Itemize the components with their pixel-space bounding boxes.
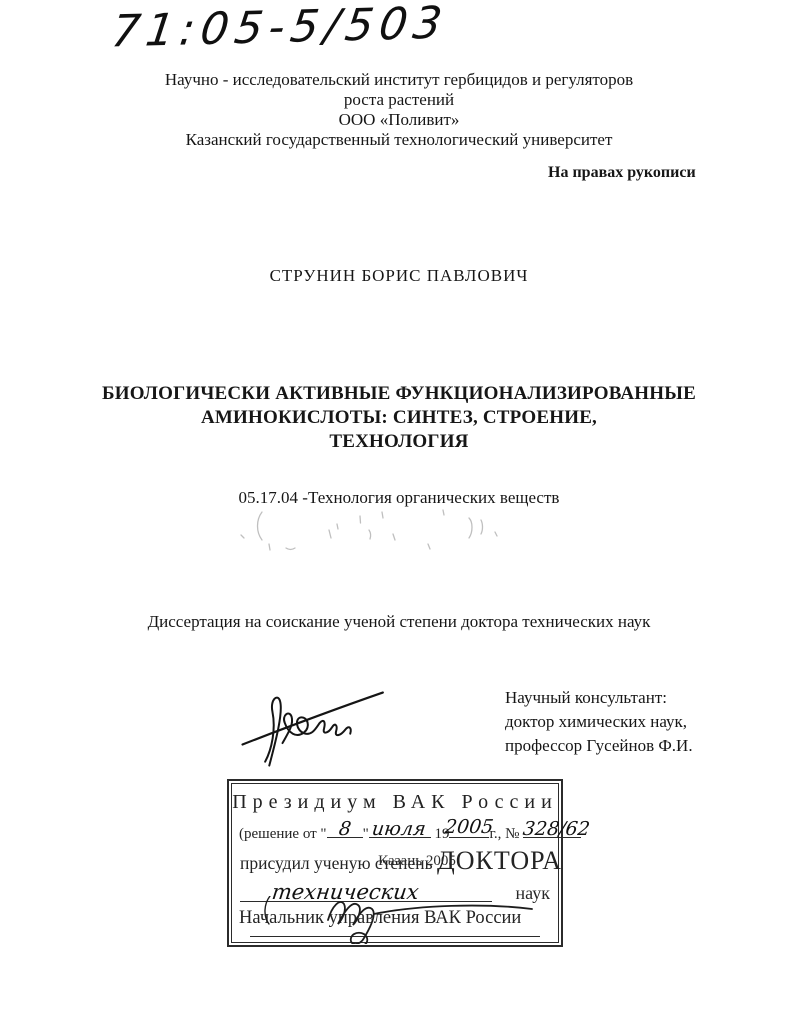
dissertation-title: БИОЛОГИЧЕСКИ АКТИВНЫЕ ФУНКЦИОНАЛИЗИРОВАН… [0, 382, 798, 454]
title-line-1: БИОЛОГИЧЕСКИ АКТИВНЫЕ ФУНКЦИОНАЛИЗИРОВАН… [0, 382, 798, 406]
stamp-award-line: присудил ученую степень ДОКТОРА [240, 846, 554, 876]
institution-line-3: ООО «Поливит» [0, 110, 798, 130]
official-signature [262, 896, 552, 944]
awarded-text: присудил ученую степень [240, 853, 433, 873]
year-suffix: г., № [489, 826, 519, 842]
number-blank: 328/62 [523, 822, 581, 838]
dissertation-purpose-line: Диссертация на соискание ученой степени … [0, 612, 798, 632]
accession-number-text: 71:05-5/503 [109, 0, 451, 57]
consultant-degree: доктор химических наук, [505, 710, 693, 734]
faded-stamp-residue [232, 504, 562, 554]
author-name: СТРУНИН БОРИС ПАВЛОВИЧ [0, 266, 798, 286]
institution-line-4: Казанский государственный технологически… [0, 130, 798, 150]
author-signature [237, 685, 390, 770]
title-line-3: ТЕХНОЛОГИЯ [0, 430, 798, 454]
degree-word: ДОКТОРА [437, 846, 562, 875]
consultant-block: Научный консультант: доктор химических н… [505, 686, 693, 758]
year-blank: 2005 [449, 822, 489, 838]
decision-month-blank: июля [369, 822, 431, 838]
institution-line-1: Научно - исследовательский институт герб… [0, 70, 798, 90]
stamp-decision-line: (решение от "8"июля 192005г., № 328/62 [239, 822, 554, 843]
number-handwritten: 328/62 [522, 818, 592, 840]
scanned-dissertation-title-page: 71:05-5/503 Научно - исследовательский и… [0, 0, 798, 1024]
manuscript-rights-note: На правах рукописи [548, 164, 696, 182]
stamp-title: Президиум ВАК России [232, 791, 558, 814]
accession-number-handwritten: 71:05-5/503 [112, 2, 447, 53]
consultant-label: Научный консультант: [505, 686, 693, 710]
decision-month-handwritten: июля [370, 818, 426, 840]
institution-line-2: роста растений [0, 90, 798, 110]
vak-stamp-inner-border: Президиум ВАК России (решение от "8"июля… [231, 783, 559, 943]
decision-day-handwritten: 8 [337, 818, 352, 840]
decision-day-blank: 8 [327, 822, 363, 838]
decision-prefix: (решение от " [239, 826, 327, 842]
year-handwritten: 2005 [444, 816, 495, 838]
consultant-name: профессор Гусейнов Ф.И. [505, 734, 693, 758]
title-line-2: АМИНОКИСЛОТЫ: СИНТЕЗ, СТРОЕНИЕ, [0, 406, 798, 430]
vak-stamp-box: Президиум ВАК России (решение от "8"июля… [227, 779, 563, 947]
institution-header: Научно - исследовательский институт герб… [0, 70, 798, 150]
